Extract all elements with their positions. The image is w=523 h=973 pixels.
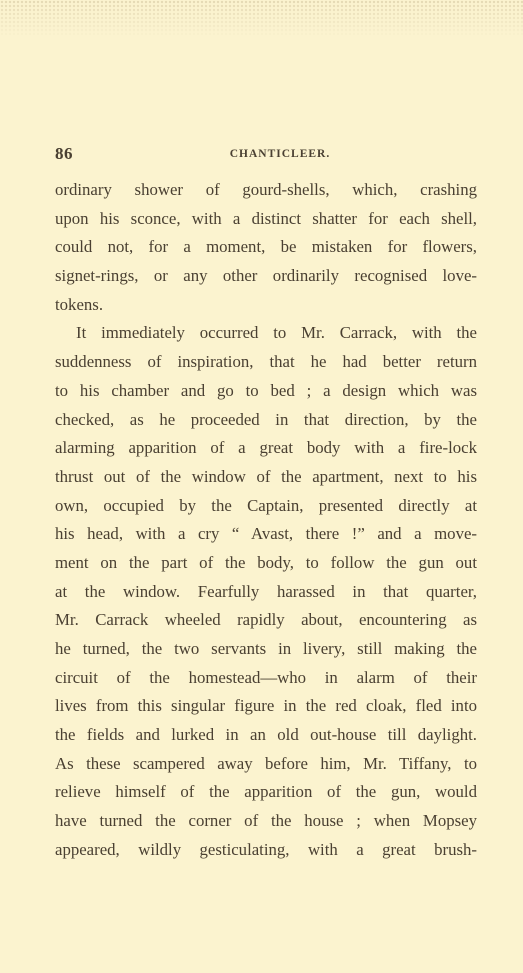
text-line: alarming apparition of a great body with…: [55, 434, 477, 463]
text-line: It immediately occurred to Mr. Carrack, …: [55, 319, 477, 348]
text-line: to his chamber and go to bed ; a design …: [55, 377, 477, 406]
text-line: checked, as he proceeded in that directi…: [55, 406, 477, 435]
text-line: As these scampered away before him, Mr. …: [55, 750, 477, 779]
text-line: could not, for a moment, be mistaken for…: [55, 233, 477, 262]
text-line: suddenness of inspiration, that he had b…: [55, 348, 477, 377]
page-edge-speckle: [0, 0, 523, 38]
text-line: lives from this singular figure in the r…: [55, 692, 477, 721]
body-text: ordinary shower of gourd-shells, which, …: [55, 176, 477, 865]
text-line: appeared, wildly gesticulating, with a g…: [55, 836, 477, 865]
text-line: relieve himself of the apparition of the…: [55, 778, 477, 807]
text-line: thrust out of the window of the apartmen…: [55, 463, 477, 492]
text-line: he turned, the two servants in livery, s…: [55, 635, 477, 664]
page-header: 86 CHANTICLEER.: [55, 144, 477, 166]
text-line: circuit of the homestead—who in alarm of…: [55, 664, 477, 693]
text-line: have turned the corner of the house ; wh…: [55, 807, 477, 836]
text-line: the fields and lurked in an old out-hous…: [55, 721, 477, 750]
text-line: upon his sconce, with a distinct shatter…: [55, 205, 477, 234]
text-line: Mr. Carrack wheeled rapidly about, encou…: [55, 606, 477, 635]
text-line: his head, with a cry “ Avast, there !” a…: [55, 520, 477, 549]
text-line: ment on the part of the body, to follow …: [55, 549, 477, 578]
text-line: own, occupied by the Captain, presented …: [55, 492, 477, 521]
text-line: at the window. Fearfully harassed in tha…: [55, 578, 477, 607]
text-line: tokens.: [55, 291, 477, 320]
running-head: CHANTICLEER.: [55, 148, 477, 160]
text-line: ordinary shower of gourd-shells, which, …: [55, 176, 477, 205]
text-line: signet-rings, or any other ordinarily re…: [55, 262, 477, 291]
